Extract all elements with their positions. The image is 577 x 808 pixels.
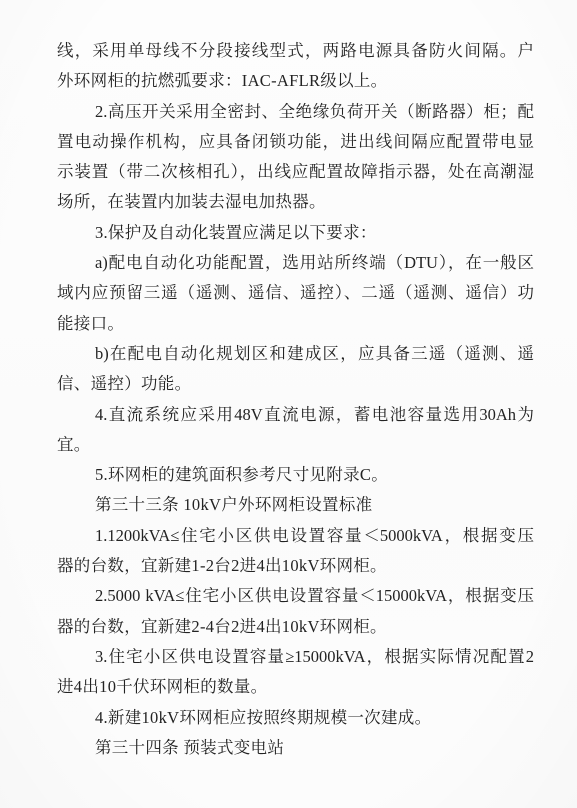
text-line: 3.保护及自动化装置应满足以下要求：	[57, 218, 534, 248]
text-line: 线，采用单母线不分段接线型式，两路电源具备防火间隔。户	[57, 36, 534, 66]
text-line: 置电动操作机构，应具备闭锁功能，进出线间隔应配置带电显	[57, 127, 534, 157]
document-page: 线，采用单母线不分段接线型式，两路电源具备防火间隔。户 外环网柜的抗燃弧要求：I…	[0, 0, 577, 808]
text-line: 4.新建10kV环网柜应按照终期规模一次建成。	[57, 703, 534, 733]
text-line: 域内应预留三遥（遥测、遥信、遥控）、二遥（遥测、遥信）功	[57, 278, 534, 308]
text-line: 器的台数，宜新建2-4台2进4出10kV环网柜。	[57, 612, 534, 642]
section-heading: 第三十三条 10kV户外环网柜设置标准	[57, 490, 534, 520]
document-text-block: 线，采用单母线不分段接线型式，两路电源具备防火间隔。户 外环网柜的抗燃弧要求：I…	[57, 36, 534, 763]
text-line: 3.住宅小区供电设置容量≥15000kVA，根据实际情况配置2	[57, 642, 534, 672]
text-line: 场所，在装置内加装去湿电加热器。	[57, 187, 534, 217]
text-line: 进4出10千伏环网柜的数量。	[57, 672, 534, 702]
text-line: 2.5000 kVA≤住宅小区供电设置容量＜15000kVA，根据变压	[57, 581, 534, 611]
section-heading: 第三十四条 预装式变电站	[57, 733, 534, 763]
text-line: 宜。	[57, 430, 534, 460]
text-line: a)配电自动化功能配置，选用站所终端（DTU），在一般区	[57, 248, 534, 278]
text-line: 4.直流系统应采用48V直流电源，蓄电池容量选用30Ah为	[57, 400, 534, 430]
text-line: 1.1200kVA≤住宅小区供电设置容量＜5000kVA，根据变压	[57, 521, 534, 551]
text-line: 5.环网柜的建筑面积参考尺寸见附录C。	[57, 460, 534, 490]
text-line: b)在配电自动化规划区和建成区，应具备三遥（遥测、遥	[57, 339, 534, 369]
text-line: 信、遥控）功能。	[57, 369, 534, 399]
text-line: 器的台数，宜新建1-2台2进4出10kV环网柜。	[57, 551, 534, 581]
text-line: 能接口。	[57, 309, 534, 339]
text-line: 示装置（带二次核相孔），出线应配置故障指示器，处在高潮湿	[57, 157, 534, 187]
text-line: 外环网柜的抗燃弧要求：IAC-AFLR级以上。	[57, 66, 534, 96]
text-line: 2.高压开关采用全密封、全绝缘负荷开关（断路器）柜；配	[57, 97, 534, 127]
